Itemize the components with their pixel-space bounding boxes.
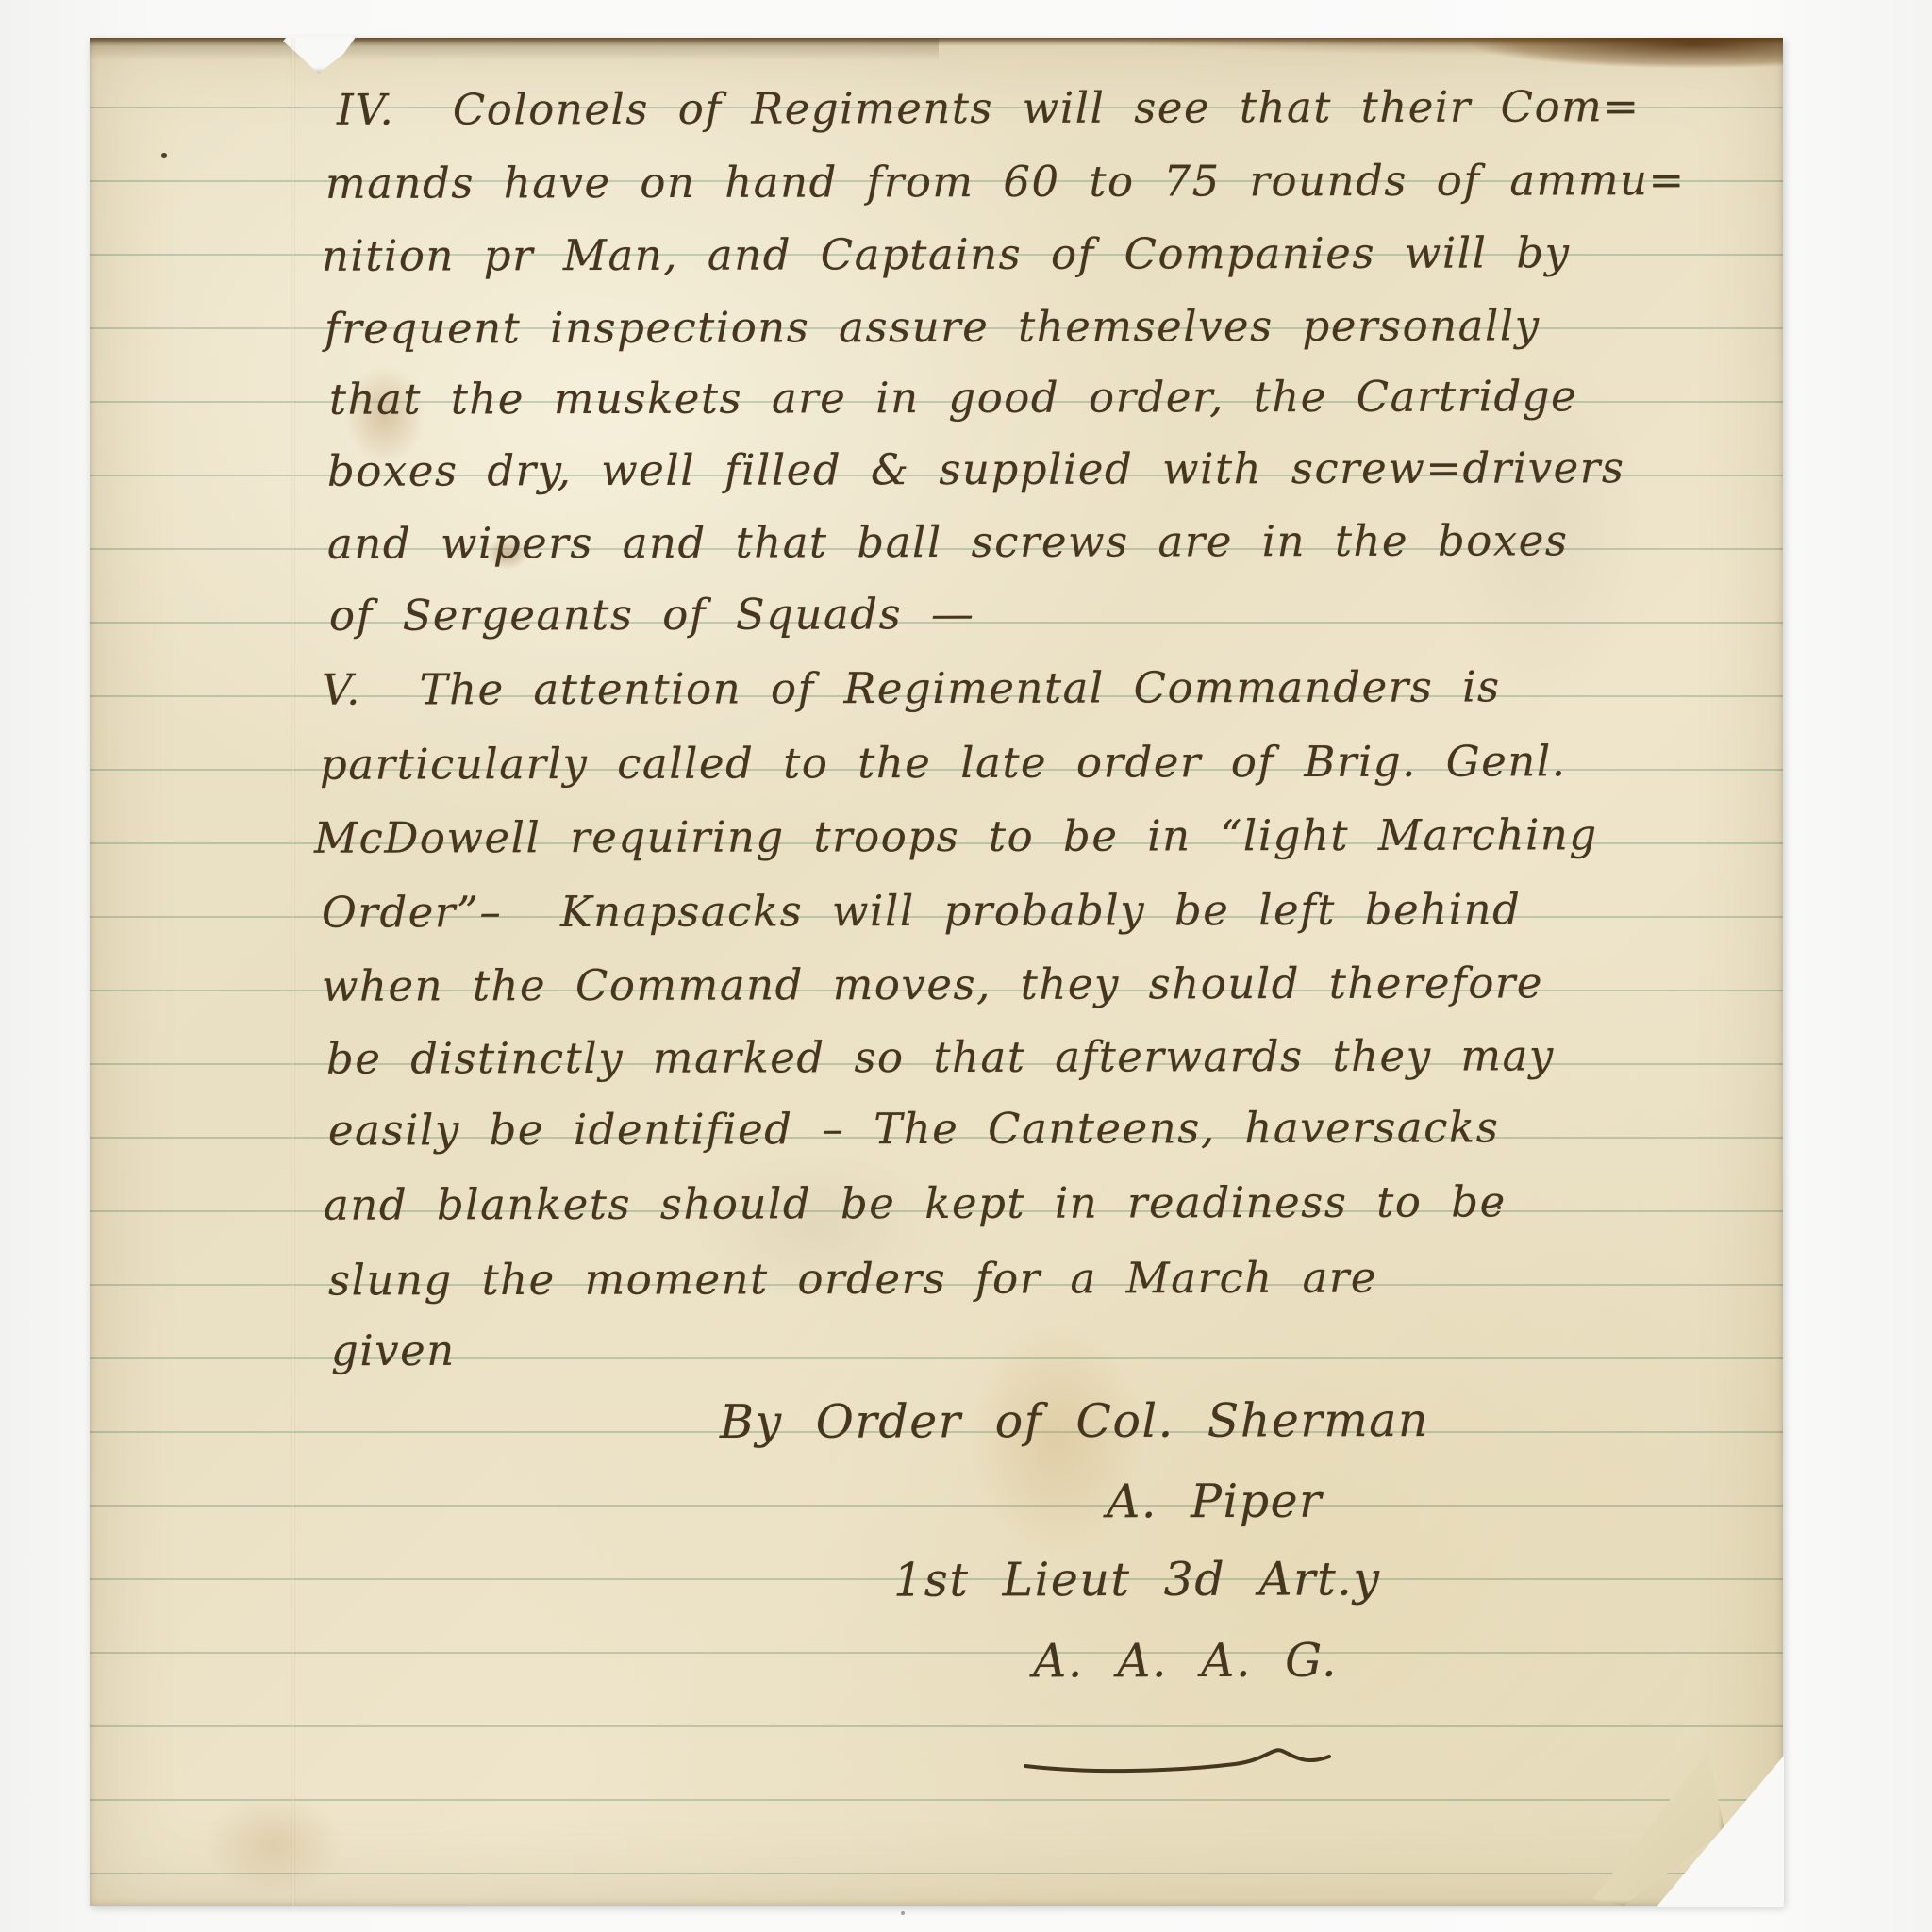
- manuscript-line: of Sergeants of Squads —: [329, 589, 975, 641]
- scanned-document-page: { "document": { "ink_color": "#46351f", …: [0, 0, 1932, 1932]
- signer-rank: 1st Lieut 3d Art.y: [893, 1552, 1381, 1607]
- manuscript-line: given: [331, 1325, 456, 1375]
- manuscript-line: and blankets should be kept in readiness…: [324, 1176, 1507, 1229]
- signature-flourish: [1022, 1738, 1333, 1777]
- by-order-line: By Order of Col. Sherman: [720, 1393, 1429, 1449]
- manuscript-line: Order”– Knapsacks will probably be left …: [322, 884, 1522, 937]
- manuscript-line: nition pr Man, and Captains of Companies…: [322, 227, 1571, 280]
- manuscript-line: and wipers and that ball screws are in t…: [327, 515, 1569, 568]
- signer-title: A. A. A. G.: [1033, 1634, 1338, 1689]
- manuscript-line: particularly called to the late order of…: [320, 736, 1567, 789]
- manuscript-line: when the Command moves, they should ther…: [322, 958, 1543, 1010]
- manuscript-line: be distinctly marked so that afterwards …: [326, 1030, 1555, 1083]
- manuscript-line: mands have on hand from 60 to 75 rounds …: [325, 155, 1686, 208]
- manuscript-line: McDowell requiring troops to be in “ligh…: [314, 809, 1598, 863]
- manuscript-line: boxes dry, well filled & supplied with s…: [327, 442, 1625, 496]
- manuscript-paper: IV. Colonels of Regiments will see that …: [90, 38, 1783, 1906]
- manuscript-line: easily be identified – The Canteens, hav…: [328, 1102, 1499, 1155]
- manuscript-line: that the muskets are in good order, the …: [329, 371, 1577, 424]
- ink-speck: [901, 1911, 905, 1915]
- signer-name: A. Piper: [1107, 1474, 1323, 1529]
- manuscript-line: V. The attention of Regimental Commander…: [322, 661, 1501, 714]
- top-right-stain: [1066, 38, 1783, 81]
- top-left-shade: [90, 38, 939, 66]
- manuscript-line: slung the moment orders for a March are: [328, 1253, 1377, 1306]
- manuscript-line: frequent inspections assure themselves p…: [325, 300, 1541, 353]
- fold-crease: [291, 38, 295, 1906]
- manuscript-line: IV. Colonels of Regiments will see that …: [337, 81, 1641, 135]
- ink-speck: [161, 153, 167, 158]
